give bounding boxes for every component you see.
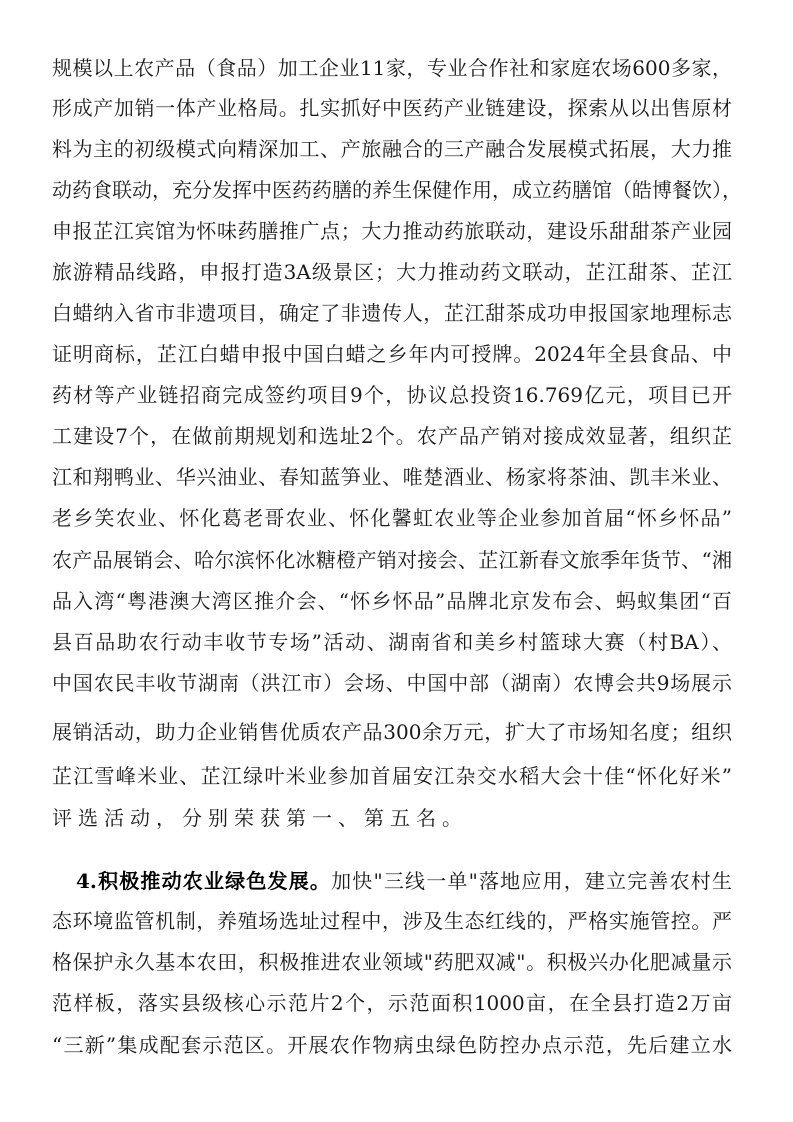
document-page: 规模以上农产品（食品）加工企业11家，专业合作社和家庭农场600多家， 形成产加… — [0, 0, 793, 1122]
section-heading: 4.积极推动农业绿色发展。 — [76, 869, 331, 893]
text-line: 形成产加销一体产业格局。扎实抓好中医药产业链建设，探索从以出售原材 — [52, 93, 732, 123]
text-line: 品入湾“粤港澳大湾区推介会、“怀乡怀品”品牌北京发布会、蚂蚁集团“百 — [52, 586, 732, 616]
text-line: 料为主的初级模式向精深加工、产旅融合的三产融合发展模式拓展，大力推 — [52, 134, 732, 164]
text-line: 范样板，落实县级核心示范片2个，示范面积1000亩，在全县打造2万亩 — [52, 988, 732, 1018]
text-line: 动药食联动，充分发挥中医药药膳的养生保健作用，成立药膳馆（皓博餐饮）， — [52, 175, 732, 205]
text-line: 态环境监管机制，养殖场选址过程中，涉及生态红线的，严格实施管控。严 — [52, 906, 732, 936]
text-line: 旅游精品线路，申报打造3A级景区；大力推动药文联动，芷江甜茶、芷江 — [52, 257, 732, 287]
heading-line-rest: 加快"三线一单"落地应用，建立完善农村生 — [331, 869, 732, 893]
text-line: 证明商标，芷江白蜡申报中国白蜡之乡年内可授牌。2024年全县食品、中 — [52, 339, 732, 369]
text-line: 评选活动，分别荣获第一、第五名。 — [52, 803, 732, 833]
text-line: 中国农民丰收节湖南（洪江市）会场、中国中部（湖南）农博会共9场展示 — [52, 668, 732, 698]
text-line: 白蜡纳入省市非遗项目，确定了非遗传人，芷江甜茶成功申报国家地理标志 — [52, 298, 732, 328]
text-line: 县百品助农行动丰收节专场”活动、湖南省和美乡村篮球大赛（村BA）、 — [52, 627, 732, 657]
text-line: 农产品展销会、哈尔滨怀化冰糖橙产销对接会、芷江新春文旅季年货节、“湘 — [52, 545, 732, 575]
text-line: 工建设7个，在做前期规划和选址2个。农产品产销对接成效显著，组织芷 — [52, 421, 732, 451]
text-line-with-heading: 4.积极推动农业绿色发展。加快"三线一单"落地应用，建立完善农村生 — [76, 866, 732, 896]
text-line: 芷江雪峰米业、芷江绿叶米业参加首届安江杂交水稻大会十佳“怀化好米” — [52, 761, 732, 791]
text-line: 江和翔鸭业、华兴油业、春知蓝笋业、唯楚酒业、杨家将茶油、凯丰米业、 — [52, 462, 732, 492]
text-line: 格保护永久基本农田，积极推进农业领域"药肥双减"。积极兴办化肥减量示 — [52, 947, 732, 977]
text-line: “三新”集成配套示范区。开展农作物病虫绿色防控办点示范，先后建立水 — [52, 1030, 732, 1060]
text-line: 展销活动，助力企业销售优质农产品300余万元，扩大了市场知名度；组织 — [52, 717, 732, 747]
text-line: 规模以上农产品（食品）加工企业11家，专业合作社和家庭农场600多家， — [52, 53, 732, 83]
text-line: 老乡笑农业、怀化葛老哥农业、怀化馨虹农业等企业参加首届“怀乡怀品” — [52, 503, 732, 533]
text-line: 药材等产业链招商完成签约项目9个，协议总投资16.769亿元，项目已开 — [52, 380, 732, 410]
text-line: 申报芷江宾馆为怀味药膳推广点；大力推动药旅联动，建设乐甜甜茶产业园 — [52, 216, 732, 246]
